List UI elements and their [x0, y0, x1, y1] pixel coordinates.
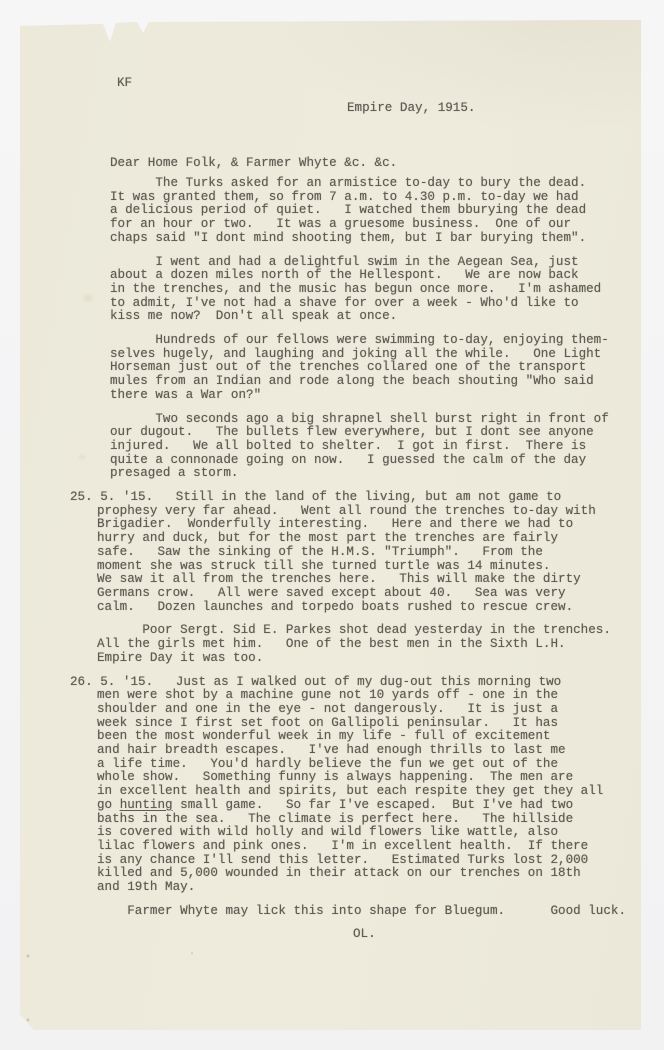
- letter-page: KF Empire Day, 1915. Dear Home Folk, & F…: [20, 20, 641, 1030]
- letter-line: lilac flowers and pink ones. I'm in exce…: [97, 840, 635, 854]
- letter-line: Empire Day it was too.: [97, 652, 635, 666]
- letter-paragraph: Poor Sergt. Sid E. Parkes shot dead yest…: [97, 624, 635, 665]
- letter-paragraph: Farmer Whyte may lick this into shape fo…: [97, 905, 635, 919]
- letter-line: in excellent health and spirits, but eac…: [97, 785, 635, 799]
- letter-line: about a dozen miles north of the Hellesp…: [110, 269, 635, 283]
- letter-line: Germans crow. All were saved except abou…: [97, 587, 635, 601]
- letter-line: men were shot by a machine gune not 10 y…: [97, 689, 635, 703]
- letter-paragraph: Two seconds ago a big shrapnel shell bur…: [110, 413, 635, 482]
- letter-line: injured. We all bolted to shelter. I got…: [110, 440, 635, 454]
- letter-paragraph: Hundreds of our fellows were swimming to…: [110, 334, 635, 403]
- letter-line: and hair breadth escapes. I've had enoug…: [97, 744, 635, 758]
- letter-line: killed and 5,000 wounded in their attack…: [97, 867, 635, 881]
- letter-line: 25. 5. '15. Still in the land of the liv…: [70, 491, 635, 505]
- letter-line: is covered with wild holly and wild flow…: [97, 826, 635, 840]
- letter-line: The Turks asked for an armistice to-day …: [110, 177, 635, 191]
- letter-signature: OL.: [353, 928, 635, 942]
- letter-paragraph: 25. 5. '15. Still in the land of the liv…: [97, 491, 635, 614]
- letter-line: presaged a storm.: [110, 467, 635, 481]
- letter-line: for an hour or two. It was a gruesome bu…: [110, 218, 635, 232]
- letter-line: Hundreds of our fellows were swimming to…: [110, 334, 635, 348]
- letter-line: our dugout. The bullets flew everywhere,…: [110, 426, 635, 440]
- scan-background: KF Empire Day, 1915. Dear Home Folk, & F…: [0, 0, 664, 1050]
- letter-line: calm. Dozen launches and torpedo boats r…: [97, 601, 635, 615]
- letter-line: chaps said "I dont mind shooting them, b…: [110, 232, 635, 246]
- letter-line: in the trenches, and the music has begun…: [110, 283, 635, 297]
- letter-line: safe. Saw the sinking of the H.M.S. "Tri…: [97, 546, 635, 560]
- letter-paragraph: I went and had a delightful swim in the …: [110, 256, 635, 325]
- letter-line: hurry and duck, but for the most part th…: [97, 532, 635, 546]
- letter-paragraph: 26. 5. '15. Just as I walked out of my d…: [97, 676, 635, 895]
- sender-initials: KF: [117, 77, 132, 91]
- letter-line: there was a War on?": [110, 389, 635, 403]
- letter-line: shoulder and one in the eye - not danger…: [97, 703, 635, 717]
- letter-line: We saw it all from the trenches here. Th…: [97, 573, 635, 587]
- letter-line: been the most wonderful week in my life …: [97, 730, 635, 744]
- letter-line: Farmer Whyte may lick this into shape fo…: [97, 905, 635, 919]
- letter-salutation: Dear Home Folk, & Farmer Whyte &c. &c.: [110, 157, 397, 171]
- letter-line: and 19th May.: [97, 881, 635, 895]
- letter-line: go hunting small game. So far I've escap…: [97, 799, 635, 813]
- letter-date-heading: Empire Day, 1915.: [347, 102, 475, 116]
- letter-line: mules from an Indian and rode along the …: [110, 375, 635, 389]
- letter-line: All the girls met him. One of the best m…: [97, 638, 635, 652]
- letter-paragraph: The Turks asked for an armistice to-day …: [110, 177, 635, 246]
- letter-line: kiss me now? Don't all speak at once.: [110, 310, 635, 324]
- letter-body: The Turks asked for an armistice to-day …: [20, 177, 635, 942]
